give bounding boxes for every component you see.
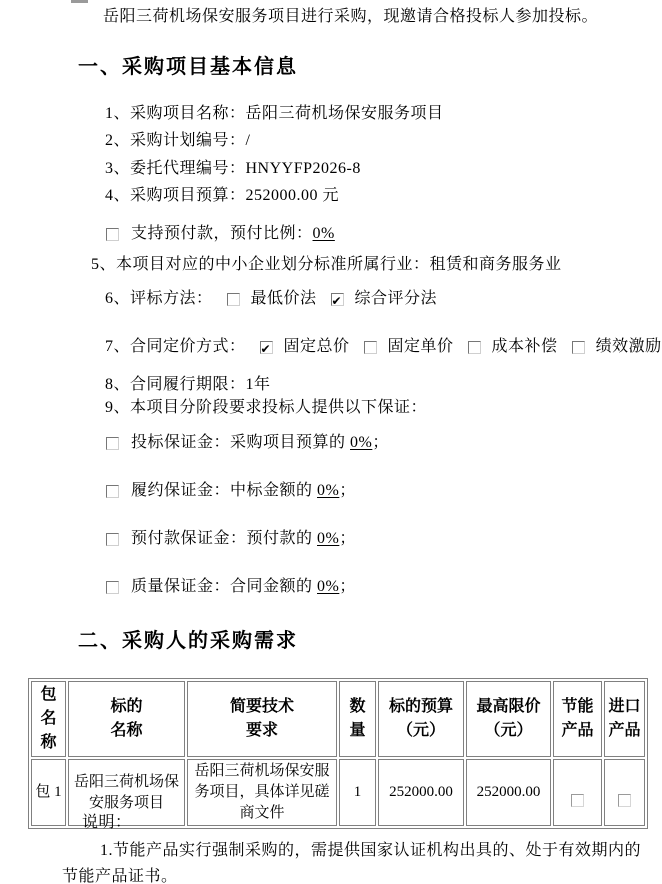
guarantee-prepayment-row: 预付款保证金：预付款的 0%； [106, 529, 356, 549]
cell-package: 包 1 [31, 759, 66, 826]
cell-qty: 1 [339, 759, 376, 826]
item-sme-industry: 5、本项目对应的中小企业划分标准所属行业：租赁和商务服务业 [91, 255, 562, 275]
performance-guarantee-label: 履约保证金：中标金额的 0%； [131, 481, 356, 501]
table-header-row: 包名 称 标的 名称 简要技术 要求 数量 标的预算 （元） 最高限价 （元） … [31, 681, 645, 757]
cell-imported [604, 759, 645, 826]
header-tech: 简要技术 要求 [187, 681, 337, 757]
top-edge-artifact [71, 0, 88, 3]
lowest-price-checkbox[interactable] [227, 293, 240, 306]
notes-title: 说明： [82, 813, 132, 833]
comprehensive-score-checkbox[interactable] [331, 293, 344, 306]
guarantee-bid-row: 投标保证金：采购项目预算的 0%； [106, 433, 389, 453]
cell-max-price: 252000.00 [466, 759, 551, 826]
item-guarantees-intro: 9、本项目分阶段要求投标人提供以下保证： [105, 398, 427, 418]
performance-guarantee-checkbox[interactable] [106, 485, 119, 498]
quality-guarantee-value: 0% [317, 578, 339, 595]
item-project-name: 1、采购项目名称：岳阳三荷机场保安服务项目 [105, 104, 444, 124]
pricing-option-performance-incentive: 绩效激励 [572, 337, 662, 357]
prepay-ratio-value: 0% [313, 225, 335, 242]
cost-compensation-checkbox[interactable] [468, 341, 481, 354]
contract-pricing-label: 7、合同定价方式： [105, 337, 246, 357]
cell-tech: 岳阳三荷机场保安服 务项目，具体详见磋 商文件 [187, 759, 337, 826]
bid-guarantee-label: 投标保证金：采购项目预算的 0%； [131, 433, 389, 453]
fixed-total-checkbox[interactable] [260, 341, 273, 354]
eval-option-lowest-price: 最低价法 [227, 289, 317, 309]
eval-option-comprehensive: 综合评分法 [331, 289, 438, 309]
performance-incentive-checkbox[interactable] [572, 341, 585, 354]
cell-budget: 252000.00 [378, 759, 464, 826]
header-subject: 标的 名称 [68, 681, 185, 757]
bid-guarantee-checkbox[interactable] [106, 437, 119, 450]
quality-guarantee-checkbox[interactable] [106, 581, 119, 594]
prepay-row: 支持预付款，预付比例：0% [106, 224, 335, 244]
performance-guarantee-value: 0% [317, 482, 339, 499]
header-imported: 进口 产品 [604, 681, 645, 757]
fixed-unit-checkbox[interactable] [364, 341, 377, 354]
prepayment-guarantee-checkbox[interactable] [106, 533, 119, 546]
evaluation-method-row: 6、评标方法： 最低价法 综合评分法 [105, 289, 437, 309]
prepay-label: 支持预付款，预付比例：0% [131, 224, 335, 244]
bid-guarantee-value: 0% [350, 434, 372, 451]
section2-heading: 二、采购人的采购需求 [78, 624, 298, 653]
imported-product-checkbox[interactable] [618, 794, 631, 807]
item-agency-number: 3、委托代理编号：HNYYFP2026-8 [105, 159, 361, 179]
requirements-table: 包名 称 标的 名称 简要技术 要求 数量 标的预算 （元） 最高限价 （元） … [28, 678, 648, 829]
prepayment-guarantee-label: 预付款保证金：预付款的 0%； [131, 529, 356, 549]
quality-guarantee-label: 质量保证金：合同金额的 0%； [131, 577, 356, 597]
prepay-checkbox[interactable] [106, 228, 119, 241]
energy-saving-checkbox[interactable] [571, 794, 584, 807]
item-contract-term: 8、合同履行期限：1年 [105, 375, 271, 395]
header-qty: 数量 [339, 681, 376, 757]
note-energy-certificate: 1.节能产品实行强制采购的，需提供国家认证机构出具的、处于有效期内的 节能产品证… [62, 838, 641, 884]
pricing-option-fixed-unit: 固定单价 [364, 337, 454, 357]
item-project-budget: 4、采购项目预算：252000.00 元 [105, 186, 339, 206]
pricing-option-cost-compensation: 成本补偿 [468, 337, 558, 357]
guarantee-quality-row: 质量保证金：合同金额的 0%； [106, 577, 356, 597]
evaluation-method-label: 6、评标方法： [105, 289, 213, 309]
header-budget: 标的预算 （元） [378, 681, 464, 757]
header-max-price: 最高限价 （元） [466, 681, 551, 757]
cell-energy-saving [553, 759, 602, 826]
intro-paragraph: 岳阳三荷机场保安服务项目进行采购，现邀请合格投标人参加投标。 [103, 7, 598, 27]
section1-heading: 一、采购项目基本信息 [78, 50, 298, 79]
prepayment-guarantee-value: 0% [317, 530, 339, 547]
header-energy-saving: 节能 产品 [553, 681, 602, 757]
guarantee-performance-row: 履约保证金：中标金额的 0%； [106, 481, 356, 501]
procurement-notice-page: 岳阳三荷机场保安服务项目进行采购，现邀请合格投标人参加投标。 一、采购项目基本信… [0, 0, 662, 884]
contract-pricing-row: 7、合同定价方式： 固定总价 固定单价 成本补偿 绩效激励 [105, 337, 662, 357]
pricing-option-fixed-total: 固定总价 [260, 337, 350, 357]
header-package: 包名 称 [31, 681, 66, 757]
item-plan-number: 2、采购计划编号：/ [105, 131, 250, 151]
